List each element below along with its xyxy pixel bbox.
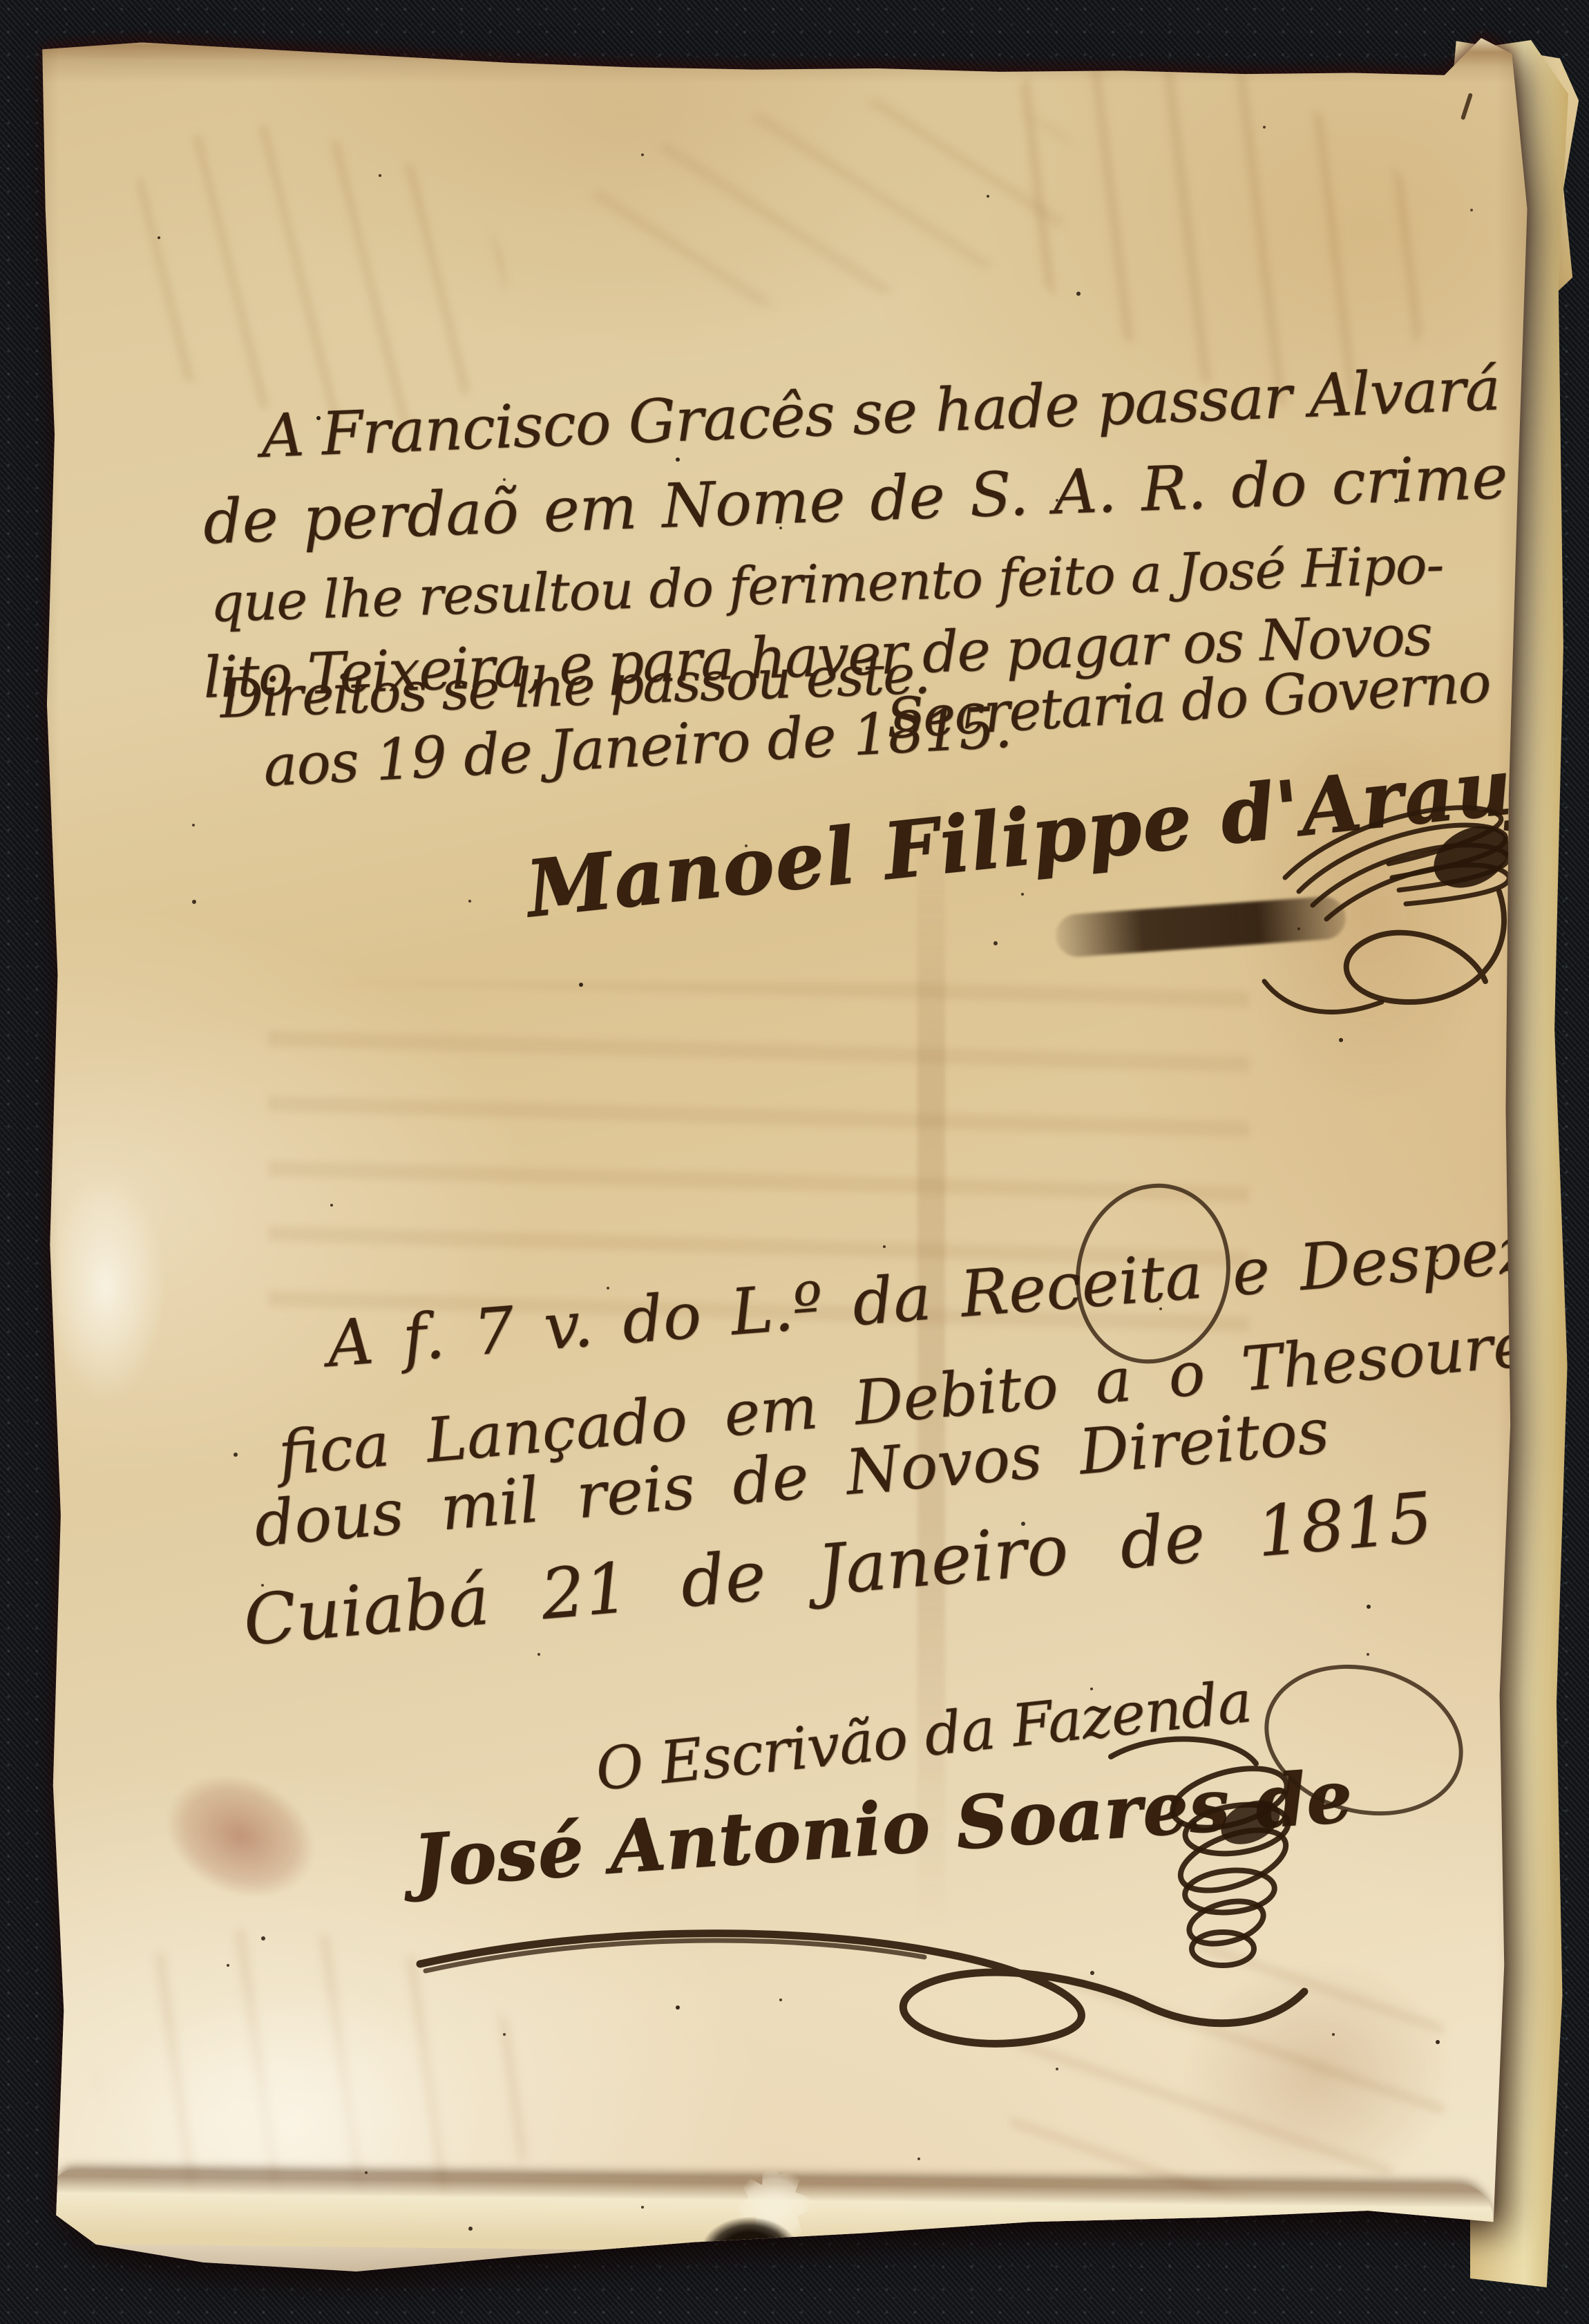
- dark-stain-bottom-edge: [701, 2217, 799, 2286]
- registration-signature-flourish: [316, 1688, 1367, 2075]
- document-page: A Francisco Gracês se hade passar Alvará…: [19, 29, 1552, 2280]
- photo-scene: A Francisco Gracês se hade passar Alvará…: [0, 0, 1589, 2324]
- handwriting-layer: A Francisco Gracês se hade passar Alvará…: [19, 29, 1552, 2280]
- document-page-wrap: A Francisco Gracês se hade passar Alvará…: [0, 0, 1589, 2324]
- dispatch-signature-flourish: [1244, 774, 1534, 1078]
